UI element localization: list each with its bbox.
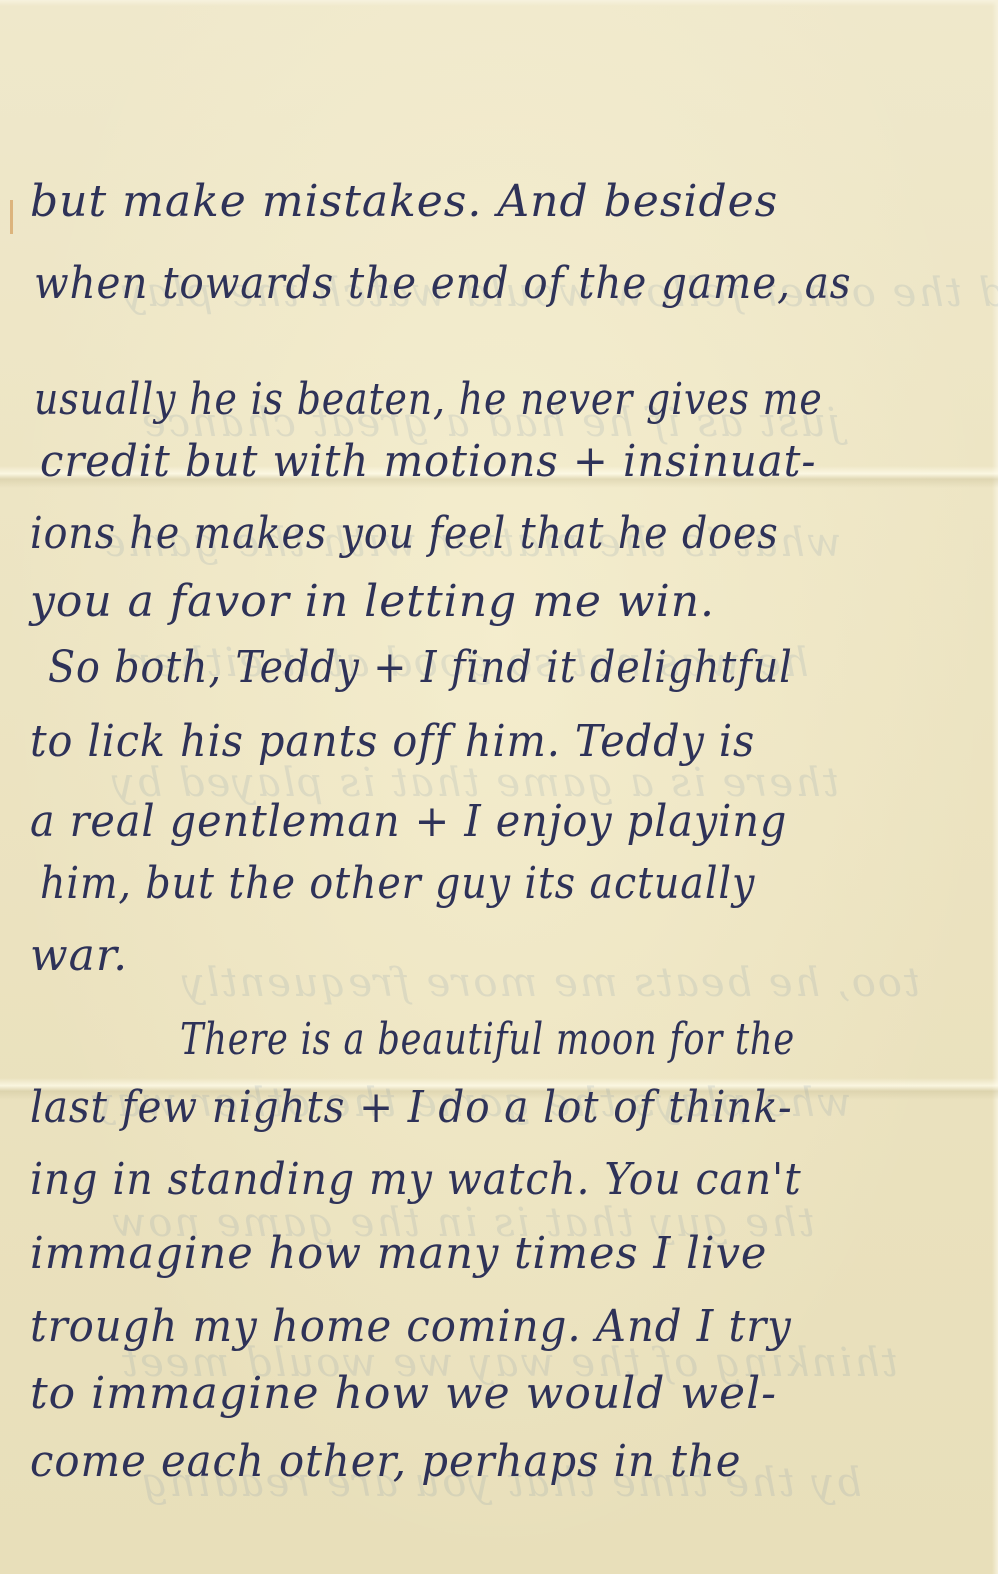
handwritten-line: him, but the other guy its actually	[40, 862, 755, 906]
handwritten-line: you a favor in letting me win.	[30, 580, 715, 624]
bleed-through-line: too, he beats me more frequently	[180, 960, 920, 1006]
handwritten-line: a real gentleman + I enjoy playing	[30, 800, 787, 844]
letter-page: and the other fellow would watch the pla…	[0, 0, 998, 1574]
handwritten-line: come each other, perhaps in the	[30, 1440, 741, 1484]
handwritten-line: to lick his pants off him. Teddy is	[30, 720, 755, 764]
handwritten-line: war.	[30, 934, 128, 978]
margin-stain-mark	[10, 200, 13, 234]
handwritten-line: ions he makes you feel that he does	[30, 512, 779, 556]
paper-top-edge	[0, 0, 998, 6]
paper-right-edge	[992, 0, 998, 1574]
handwritten-line: credit but with motions + insinuat-	[40, 440, 816, 484]
handwritten-line: immagine how many times I live	[30, 1232, 767, 1276]
handwritten-line: There is a beautiful moon for the	[180, 1018, 795, 1062]
handwritten-line: last few nights + I do a lot of think-	[30, 1086, 793, 1130]
handwritten-line: So both, Teddy + I find it delightful	[48, 646, 793, 690]
handwritten-line: to immagine how we would wel-	[30, 1372, 777, 1416]
handwritten-line: ing in standing my watch. You can't	[30, 1158, 802, 1202]
handwritten-line: usually he is beaten, he never gives me	[34, 378, 823, 422]
handwritten-line: trough my home coming. And I try	[30, 1305, 792, 1349]
handwritten-line: but make mistakes. And besides	[30, 180, 778, 224]
handwritten-line: when towards the end of the game, as	[34, 262, 851, 306]
